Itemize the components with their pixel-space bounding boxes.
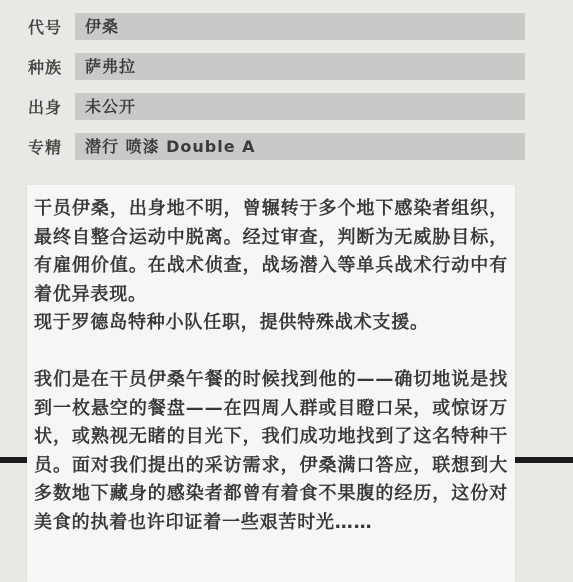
- field-label-race: 种族: [28, 55, 68, 78]
- field-row-specialty: 专精 潜行 喷漆 Double A: [28, 133, 525, 160]
- field-label-origin: 出身: [28, 95, 68, 118]
- profile-paragraph-record: 干员伊桑，出身地不明，曾辗转于多个地下感染者组织，最终自整合运动中脱离。经过审查…: [34, 195, 508, 309]
- operator-file-page: 代号 伊桑 种族 萨弗拉 出身 未公开 专精 潜行 喷漆 Double A 干员…: [0, 0, 573, 582]
- field-value-codename: 伊桑: [75, 13, 525, 40]
- field-row-race: 种族 萨弗拉: [28, 53, 525, 80]
- field-value-origin: 未公开: [75, 93, 525, 120]
- field-row-origin: 出身 未公开: [28, 93, 525, 120]
- field-label-specialty: 专精: [28, 135, 68, 158]
- profile-paragraph-interview: 我们是在干员伊桑午餐的时候找到他的——确切地说是找到一枚悬空的餐盘——在四周人群…: [34, 366, 508, 537]
- profile-paragraph-position: 现于罗德岛特种小队任职，提供特殊战术支援。: [34, 309, 508, 338]
- field-value-specialty: 潜行 喷漆 Double A: [75, 133, 525, 160]
- field-value-race: 萨弗拉: [75, 53, 525, 80]
- field-label-codename: 代号: [28, 15, 68, 38]
- operator-info-fields: 代号 伊桑 种族 萨弗拉 出身 未公开 专精 潜行 喷漆 Double A: [28, 13, 525, 173]
- field-row-codename: 代号 伊桑: [28, 13, 525, 40]
- profile-panel: 干员伊桑，出身地不明，曾辗转于多个地下感染者组织，最终自整合运动中脱离。经过审查…: [27, 185, 515, 582]
